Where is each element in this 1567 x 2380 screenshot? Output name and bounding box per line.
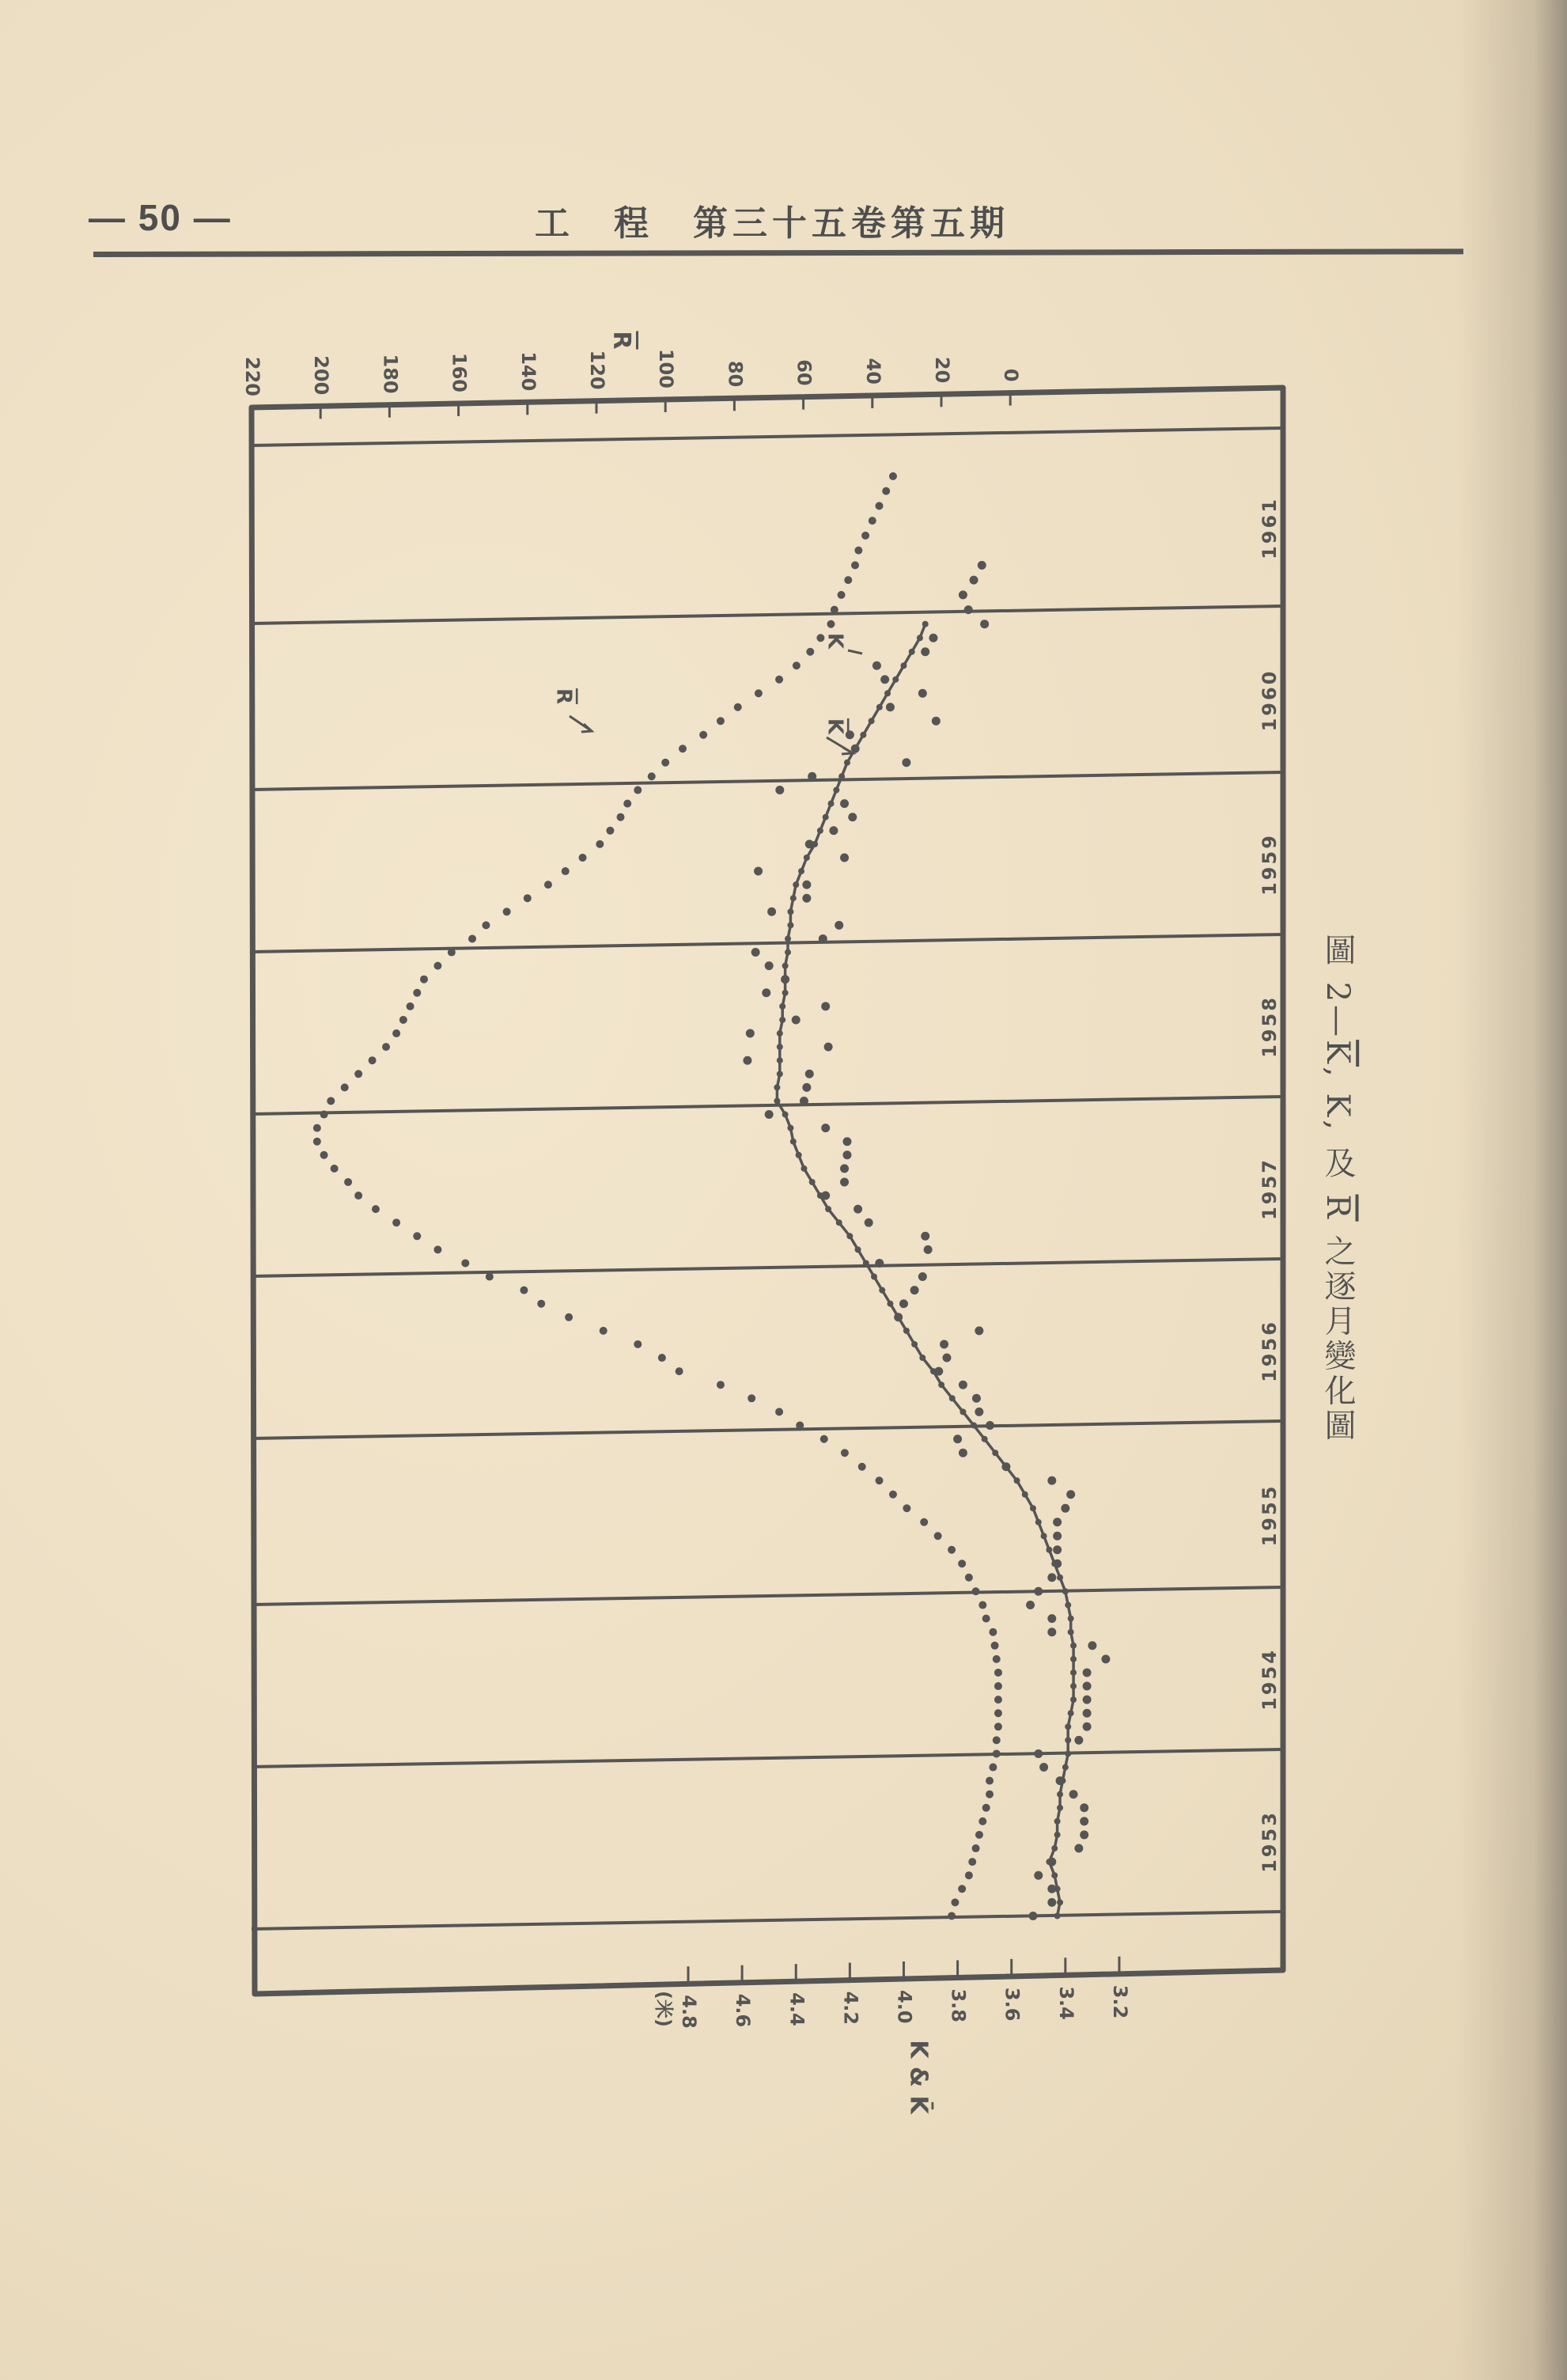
k-bar-point xyxy=(1068,1629,1074,1635)
year-gridlines xyxy=(252,428,1283,1938)
k-bar-point xyxy=(825,1206,831,1212)
r-bar-point xyxy=(965,1574,973,1582)
r-bar-point xyxy=(537,1300,545,1308)
k-bar-point xyxy=(777,1044,783,1050)
r-bar-point xyxy=(468,934,476,942)
k-bar-point xyxy=(1065,1750,1071,1757)
year-label: 1958 xyxy=(1259,995,1281,1058)
r-bar-point xyxy=(994,1669,1002,1677)
k-bar-point xyxy=(949,1395,956,1401)
r-bar-point xyxy=(978,1817,986,1825)
k-point xyxy=(978,561,986,570)
r-bar-point xyxy=(579,854,587,862)
arrow-icon xyxy=(848,650,862,654)
r-bar-point xyxy=(993,1655,1001,1663)
r-axis-tick-label: 160 xyxy=(449,353,471,392)
r-bar-point xyxy=(986,1777,994,1785)
year-gridline xyxy=(252,1912,1283,1929)
k-bar-point xyxy=(787,1125,793,1131)
r-bar-point xyxy=(948,1546,956,1554)
k-bar-point xyxy=(960,1408,966,1415)
k-point xyxy=(1069,1790,1078,1798)
k-bar-point xyxy=(1068,1710,1074,1716)
k-point xyxy=(1034,1871,1043,1880)
r-bar-point xyxy=(920,1518,928,1526)
k-bar-point xyxy=(787,908,793,915)
k-axis-tick-label: 4.8 xyxy=(678,1995,700,2029)
k-point xyxy=(929,634,937,642)
r-bar-point xyxy=(658,1354,666,1362)
r-bar-point xyxy=(606,827,614,835)
k-point xyxy=(800,1097,808,1105)
r-bar-point xyxy=(858,1463,866,1471)
k-axis-tick-label: 3.2 xyxy=(1109,1985,1131,2019)
r-bar-point xyxy=(634,786,642,794)
k-point xyxy=(1056,1776,1065,1785)
k-bar-point xyxy=(1070,1669,1077,1676)
k-point xyxy=(1047,1573,1056,1582)
k-point xyxy=(802,894,811,903)
year-label: 1954 xyxy=(1259,1648,1281,1711)
k-bar-point xyxy=(777,1030,783,1037)
k-bar-point xyxy=(785,935,791,942)
r-bar-point xyxy=(889,472,897,480)
r-bar-point xyxy=(958,1885,966,1893)
k-point xyxy=(970,576,978,585)
k-bar-point xyxy=(777,1057,783,1063)
annotation-k: K xyxy=(823,633,847,650)
k-point xyxy=(821,1124,830,1132)
k-point xyxy=(1083,1696,1092,1704)
r-bar-point xyxy=(989,1764,997,1772)
r-bar-point xyxy=(972,1844,980,1852)
k-bar-point xyxy=(779,1003,785,1010)
r-axis-tick-label: 40 xyxy=(862,358,884,385)
k-axis-tick-label: 3.6 xyxy=(1001,1988,1024,2022)
r-bar-point xyxy=(968,1858,976,1866)
k-point xyxy=(1047,1628,1056,1636)
r-axis-tick-label: 20 xyxy=(931,357,953,383)
r-bar-point xyxy=(372,1205,380,1213)
r-axis-tick-label: 80 xyxy=(724,361,746,387)
k-point xyxy=(964,605,973,614)
r-bar-point xyxy=(433,1245,441,1253)
r-bar-point xyxy=(854,547,862,555)
k-bar-point xyxy=(798,868,804,874)
k-bar-point xyxy=(804,855,810,861)
k-bar-point xyxy=(1057,1805,1063,1811)
k-point xyxy=(1083,1682,1092,1691)
k-bar-point xyxy=(863,1260,869,1266)
r-bar-point xyxy=(958,1560,966,1567)
r-bar-point xyxy=(313,1124,321,1132)
series-k-dots xyxy=(743,561,1110,1920)
r-bar-point xyxy=(399,1016,407,1024)
k-bar-point xyxy=(871,1274,877,1280)
k-point xyxy=(751,948,760,957)
k-point xyxy=(840,1164,849,1173)
k-bar-point xyxy=(1065,1737,1071,1743)
k-bar-point xyxy=(1030,1505,1036,1511)
k-point xyxy=(854,1205,862,1214)
k-point xyxy=(819,934,827,943)
r-bar-point xyxy=(676,1367,683,1375)
k-bar-point xyxy=(1057,1791,1063,1798)
r-bar-point xyxy=(448,949,456,957)
annotation-r-bar: R xyxy=(552,688,576,704)
k-point xyxy=(1074,1844,1083,1853)
k-point xyxy=(986,1421,994,1430)
r-bar-point xyxy=(392,1218,400,1226)
r-bar-point xyxy=(994,1696,1002,1704)
k-point xyxy=(743,1056,751,1065)
k-point xyxy=(808,772,816,781)
k-bar-point xyxy=(879,1287,885,1294)
k-axis-tick-label: 4.0 xyxy=(893,1990,915,2024)
k-point xyxy=(910,1286,919,1294)
k-axis-title: K & K̄ xyxy=(905,2040,933,2115)
r-bar-point xyxy=(844,576,852,584)
k-axis-tick-label: 4.6 xyxy=(732,1994,754,2028)
r-bar-point xyxy=(934,1532,942,1540)
k-bar-point xyxy=(833,787,839,794)
year-gridline xyxy=(252,606,1283,623)
r-axis-title: R xyxy=(607,331,635,349)
k-point xyxy=(824,1043,833,1052)
k-point xyxy=(1053,1518,1062,1526)
r-bar-point xyxy=(993,1749,1001,1757)
k-bar-point xyxy=(1070,1656,1077,1662)
r-bar-point xyxy=(748,1394,755,1402)
k-point xyxy=(953,1434,962,1443)
r-bar-point xyxy=(796,1421,804,1429)
k-point xyxy=(1034,1587,1043,1596)
k-bar-point xyxy=(1057,1575,1063,1581)
k-point xyxy=(924,1245,933,1254)
r-bar-point xyxy=(889,1491,897,1499)
k-point xyxy=(894,1313,903,1321)
r-bar-point xyxy=(520,1287,528,1294)
k-bar-point xyxy=(823,814,829,820)
k-bar-point xyxy=(884,690,891,696)
k-bar-point xyxy=(860,732,866,738)
k-bar-point xyxy=(876,704,883,711)
k-point xyxy=(921,647,929,656)
r-bar-point xyxy=(327,1097,335,1105)
r-bar-point xyxy=(661,759,669,767)
year-gridline xyxy=(252,934,1283,952)
r-bar-point xyxy=(982,1615,990,1623)
r-bar-point xyxy=(544,881,552,889)
r-bar-point xyxy=(993,1736,1001,1744)
k-bar-point xyxy=(785,949,791,956)
k-bar-point xyxy=(844,760,850,766)
r-axis-tick-label: 100 xyxy=(655,349,677,388)
r-bar-point xyxy=(320,1111,328,1119)
r-bar-point xyxy=(617,813,625,821)
series-r-bar-dots xyxy=(313,472,1002,1920)
k-bar-point xyxy=(796,1152,802,1158)
k-bar-point xyxy=(1054,1818,1061,1825)
k-point xyxy=(1047,1858,1056,1866)
r-bar-point xyxy=(717,1381,725,1389)
k-point xyxy=(1061,1504,1069,1513)
r-bar-point xyxy=(827,620,835,628)
k-point xyxy=(1028,1912,1037,1920)
k-point xyxy=(767,908,776,916)
k-point xyxy=(875,1259,884,1268)
k-point xyxy=(1083,1709,1092,1718)
k-point xyxy=(1080,1803,1088,1812)
k-bar-point xyxy=(1065,1602,1071,1609)
k-point xyxy=(975,1326,983,1335)
k-bar-point xyxy=(790,895,797,901)
r-bar-point xyxy=(991,1642,999,1650)
k-point xyxy=(1053,1532,1062,1541)
caption-suffix: 之逐月變化圖 xyxy=(1319,1222,1356,1444)
r-bar-point xyxy=(951,1898,959,1906)
k-bar-point xyxy=(869,718,875,724)
r-bar-point xyxy=(354,1192,362,1199)
k-point xyxy=(1047,1476,1056,1485)
k-bar-point xyxy=(782,1112,789,1118)
k-bar-point xyxy=(801,1165,807,1172)
k-point xyxy=(765,1110,774,1119)
k-bar-point xyxy=(903,1328,910,1334)
k-point xyxy=(1101,1654,1110,1663)
series-k-bar-line xyxy=(774,621,1077,1920)
k-point xyxy=(840,1177,849,1186)
k-point xyxy=(1083,1668,1092,1677)
k-axis-tick-label: 4.4 xyxy=(785,1992,808,2026)
r-bar-point xyxy=(717,717,725,725)
r-bar-point xyxy=(420,976,428,983)
k-bar-point xyxy=(917,635,923,641)
k-bar-point xyxy=(777,1071,783,1077)
r-bar-point xyxy=(982,1804,990,1812)
k-point xyxy=(899,1299,908,1308)
k-point xyxy=(1026,1601,1035,1609)
k-axis-tick-label: 3.4 xyxy=(1055,1986,1077,2020)
r-bar-point xyxy=(994,1682,1002,1690)
k-point xyxy=(840,799,849,808)
k-point xyxy=(829,826,838,835)
k-bar-line xyxy=(777,624,1073,1916)
k-bar-point xyxy=(887,1301,893,1307)
r-bar-point xyxy=(876,1476,884,1484)
r-bar-point xyxy=(989,1628,997,1636)
year-label: 1953 xyxy=(1259,1810,1281,1873)
k-bar-point xyxy=(817,828,823,834)
year-gridline xyxy=(252,1421,1283,1438)
r-bar-point xyxy=(634,1340,642,1348)
k-point xyxy=(1047,1614,1056,1623)
r-bar-point xyxy=(331,1165,339,1173)
k-point xyxy=(762,988,770,997)
figure-caption: 圖 2—K, K, 及 R 之逐月變化圖 xyxy=(1313,934,1361,1443)
year-label: 1956 xyxy=(1259,1320,1281,1382)
caption-r-bar: R xyxy=(1319,1195,1356,1222)
r-bar-point xyxy=(975,1831,983,1839)
k-bar-point xyxy=(919,1355,925,1361)
k-point xyxy=(972,1394,981,1403)
k-bar-point xyxy=(909,649,915,655)
k-point xyxy=(781,975,789,983)
k-point xyxy=(934,1367,943,1376)
k-point xyxy=(918,689,927,698)
k-bar-point xyxy=(1046,1547,1052,1553)
r-axis-tick-label: 140 xyxy=(517,351,539,391)
k-point xyxy=(1039,1763,1048,1772)
k-bar-point xyxy=(1068,1616,1074,1622)
k-point xyxy=(754,867,763,876)
k-point xyxy=(802,1083,811,1092)
k-bar-point xyxy=(971,1422,977,1428)
k-point xyxy=(886,703,895,711)
k-point xyxy=(842,1150,851,1159)
r-bar-point xyxy=(320,1151,328,1159)
k-point xyxy=(980,620,989,628)
k-bar-point xyxy=(782,990,789,996)
k-bar-point xyxy=(855,1246,861,1253)
r-bar-point xyxy=(775,1408,783,1415)
k-point xyxy=(1080,1830,1088,1839)
r-bar-point xyxy=(648,772,656,780)
r-bar-point xyxy=(903,1504,910,1512)
k-bar-point xyxy=(846,1233,853,1239)
k-point xyxy=(921,1232,929,1241)
k-bar-point xyxy=(787,922,793,928)
k-point xyxy=(802,881,811,889)
k-point xyxy=(1088,1641,1096,1650)
k-point xyxy=(1074,1736,1083,1745)
k-bar-point xyxy=(1070,1696,1077,1703)
r-bar-point xyxy=(461,1259,469,1267)
k-point xyxy=(1066,1490,1075,1499)
r-bar-point xyxy=(354,1070,362,1078)
k-bar-point xyxy=(790,1139,797,1145)
k-bar-point xyxy=(911,1341,918,1347)
r-bar-point xyxy=(994,1722,1002,1730)
caption-k-bar: K xyxy=(1319,1040,1356,1067)
k-bar-point xyxy=(982,1436,988,1442)
k-point xyxy=(821,1002,830,1010)
k-bar-point xyxy=(774,1084,780,1090)
k-point xyxy=(940,1340,948,1348)
k-point xyxy=(792,1015,801,1024)
k-point xyxy=(765,961,774,970)
k-bar-point xyxy=(992,1450,998,1456)
k-bar-point xyxy=(1062,1764,1069,1771)
k-bar-point xyxy=(1057,1899,1063,1905)
year-gridline xyxy=(252,1259,1283,1276)
k-bar-point xyxy=(809,1179,816,1185)
r-bar-point xyxy=(831,606,838,614)
r-bar-point xyxy=(562,867,570,875)
k-point xyxy=(1047,1885,1056,1893)
r-bar-point xyxy=(482,921,490,929)
k-point xyxy=(805,839,814,848)
year-label: 1960 xyxy=(1259,669,1281,732)
k-axis-unit: (米) xyxy=(653,1991,675,2027)
k-point xyxy=(902,758,910,767)
year-label: 1959 xyxy=(1259,833,1281,896)
r-bar-point xyxy=(524,894,532,902)
k-point xyxy=(1001,1462,1010,1471)
r-bar-point xyxy=(565,1313,573,1321)
k-point xyxy=(959,1381,967,1389)
r-bar-point xyxy=(851,561,859,569)
k-bar-point xyxy=(900,662,907,669)
r-bar-point xyxy=(679,745,687,752)
year-gridline xyxy=(252,428,1283,445)
k-bar-point xyxy=(779,1017,785,1023)
k-point xyxy=(959,1449,967,1457)
r-axis-tick-label: 0 xyxy=(1000,369,1022,382)
year-label: 1955 xyxy=(1259,1484,1281,1547)
r-bar-point xyxy=(793,661,801,669)
year-gridline xyxy=(252,1749,1283,1767)
r-bar-point xyxy=(341,1083,349,1091)
k-bar-point xyxy=(1054,1832,1061,1838)
k-bar-point xyxy=(1041,1533,1047,1539)
k-axis-tick-label: 3.8 xyxy=(948,1988,970,2022)
k-bar-point xyxy=(1070,1643,1077,1649)
k-axis-tick-label: 4.2 xyxy=(839,1992,861,2026)
r-bar-point xyxy=(948,1912,956,1920)
k-point xyxy=(835,921,843,930)
k-bar-point xyxy=(1051,1845,1058,1851)
r-bar-point xyxy=(413,1232,421,1240)
r-bar-point xyxy=(869,517,876,525)
r-bar-point xyxy=(369,1056,377,1064)
k-point xyxy=(872,661,881,670)
k-bar-point xyxy=(1054,1912,1061,1919)
k-point xyxy=(840,853,849,862)
k-bar-point xyxy=(774,1097,780,1104)
k-point xyxy=(1047,1898,1056,1907)
year-gridline xyxy=(252,772,1283,790)
r-bar-point xyxy=(978,1601,986,1609)
k-point xyxy=(848,813,857,821)
r-bar-point xyxy=(841,1449,849,1457)
k-point xyxy=(821,1192,830,1200)
k-bar-point xyxy=(1065,1723,1071,1730)
r-bar-point xyxy=(433,962,441,970)
r-axis-tick-label: 120 xyxy=(586,351,608,390)
r-bar-point xyxy=(820,1435,828,1443)
r-bar-point xyxy=(965,1871,973,1879)
r-bar-point xyxy=(623,800,631,808)
r-bar-point xyxy=(882,487,890,495)
r-axis-tick-label: 220 xyxy=(241,357,263,396)
r-bar-point xyxy=(876,502,884,510)
k-bar-point xyxy=(1070,1683,1077,1689)
r-bar-point xyxy=(775,676,783,684)
k-bar-point xyxy=(1062,1588,1069,1594)
k-point xyxy=(865,1218,873,1227)
k-point xyxy=(1053,1560,1062,1568)
r-axis-tick-label: 60 xyxy=(793,359,816,385)
k-point xyxy=(959,590,967,599)
r-bar-point xyxy=(486,1273,494,1281)
year-label: 1957 xyxy=(1259,1158,1281,1220)
k-point xyxy=(942,1354,951,1362)
k-point xyxy=(1080,1817,1088,1825)
r-axis-tick-label: 180 xyxy=(379,354,401,394)
r-bar-point xyxy=(596,840,604,848)
year-label: 1961 xyxy=(1259,497,1281,559)
